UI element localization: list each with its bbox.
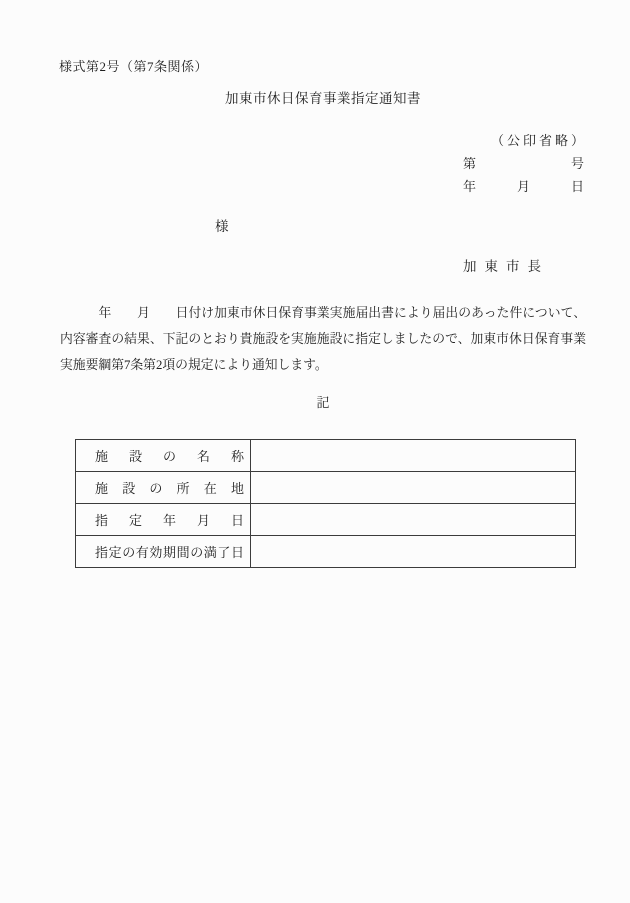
document-page: 様式第2号（第7条関係） 加東市休日保育事業指定通知書 （公印省略） 第 号 年… (0, 0, 630, 903)
row-label: 指定の有効期間の満了日 (95, 542, 244, 561)
body-line-3: 実施要綱第7条第2項の規定により通知します。 (60, 352, 586, 378)
form-number: 様式第2号（第7条関係） (59, 56, 208, 75)
date-day-label: 日 (571, 175, 584, 198)
sender-name: 加東市長 (463, 255, 549, 275)
row-value-cell (251, 440, 576, 472)
document-number-prefix: 第 (463, 152, 476, 175)
body-paragraph: 年 月 日付け加東市休日保育事業実施届出書により届出のあった件について、 内容審… (60, 300, 586, 378)
table-row-designation-date: 指定年月日 (76, 504, 576, 536)
table-row-expiration-date: 指定の有効期間の満了日 (76, 536, 576, 568)
row-label: 指定年月日 (95, 510, 244, 529)
addressee-honorific: 様 (215, 215, 229, 235)
row-value-cell (251, 536, 576, 568)
body-line-2: 内容審査の結果、下記のとおり貴施設を実施施設に指定しましたので、加東市休日保育事… (60, 326, 586, 352)
document-meta-block: （公印省略） 第 号 年 月 日 (463, 129, 584, 198)
table-row-facility-address: 施設の所在地 (76, 472, 576, 504)
row-value-cell (251, 504, 576, 536)
row-label-cell: 施設の所在地 (76, 472, 251, 504)
document-date-line: 年 月 日 (463, 175, 584, 198)
row-label: 施設の名称 (95, 446, 244, 465)
date-year-label: 年 (463, 175, 476, 198)
date-month-label: 月 (517, 175, 530, 198)
designation-table: 施設の名称 施設の所在地 指定年月日 指定の有効期間の満了日 (75, 439, 576, 568)
row-label-cell: 指定の有効期間の満了日 (76, 536, 251, 568)
row-label-cell: 指定年月日 (76, 504, 251, 536)
document-title: 加東市休日保育事業指定通知書 (60, 87, 586, 107)
notation-ki: 記 (60, 392, 586, 411)
seal-omitted-note: （公印省略） (463, 129, 587, 152)
body-line-1: 年 月 日付け加東市休日保育事業実施届出書により届出のあった件について、 (60, 300, 586, 326)
document-number-line: 第 号 (463, 152, 584, 175)
row-value-cell (251, 472, 576, 504)
row-label-cell: 施設の名称 (76, 440, 251, 472)
table-row-facility-name: 施設の名称 (76, 440, 576, 472)
row-label: 施設の所在地 (95, 478, 244, 497)
document-number-suffix: 号 (571, 152, 584, 175)
